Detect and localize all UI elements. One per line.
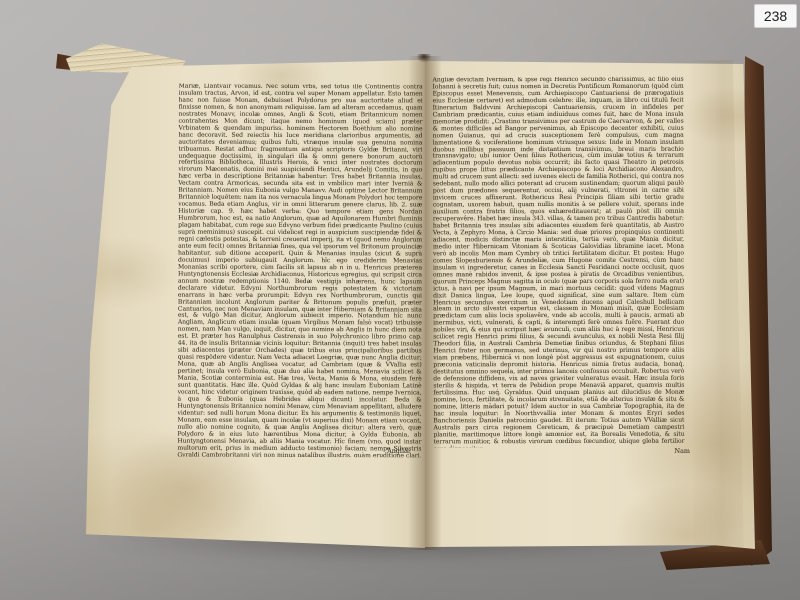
left-page-catchword: Angliæ	[300, 447, 410, 455]
book-gutter-notch	[414, 54, 434, 66]
book-photo: Mariæ, Llantvair vocamus. Nec solùm vrbs…	[0, 0, 800, 600]
right-page-text: Angliæ devictam Iverniam, & ipse regi He…	[433, 77, 685, 448]
left-page-text: Mariæ, Llantvair vocamus. Nec solùm vrbs…	[177, 84, 422, 458]
page-number-badge: 238	[754, 4, 797, 28]
right-page-catchword: Nam	[580, 447, 690, 455]
